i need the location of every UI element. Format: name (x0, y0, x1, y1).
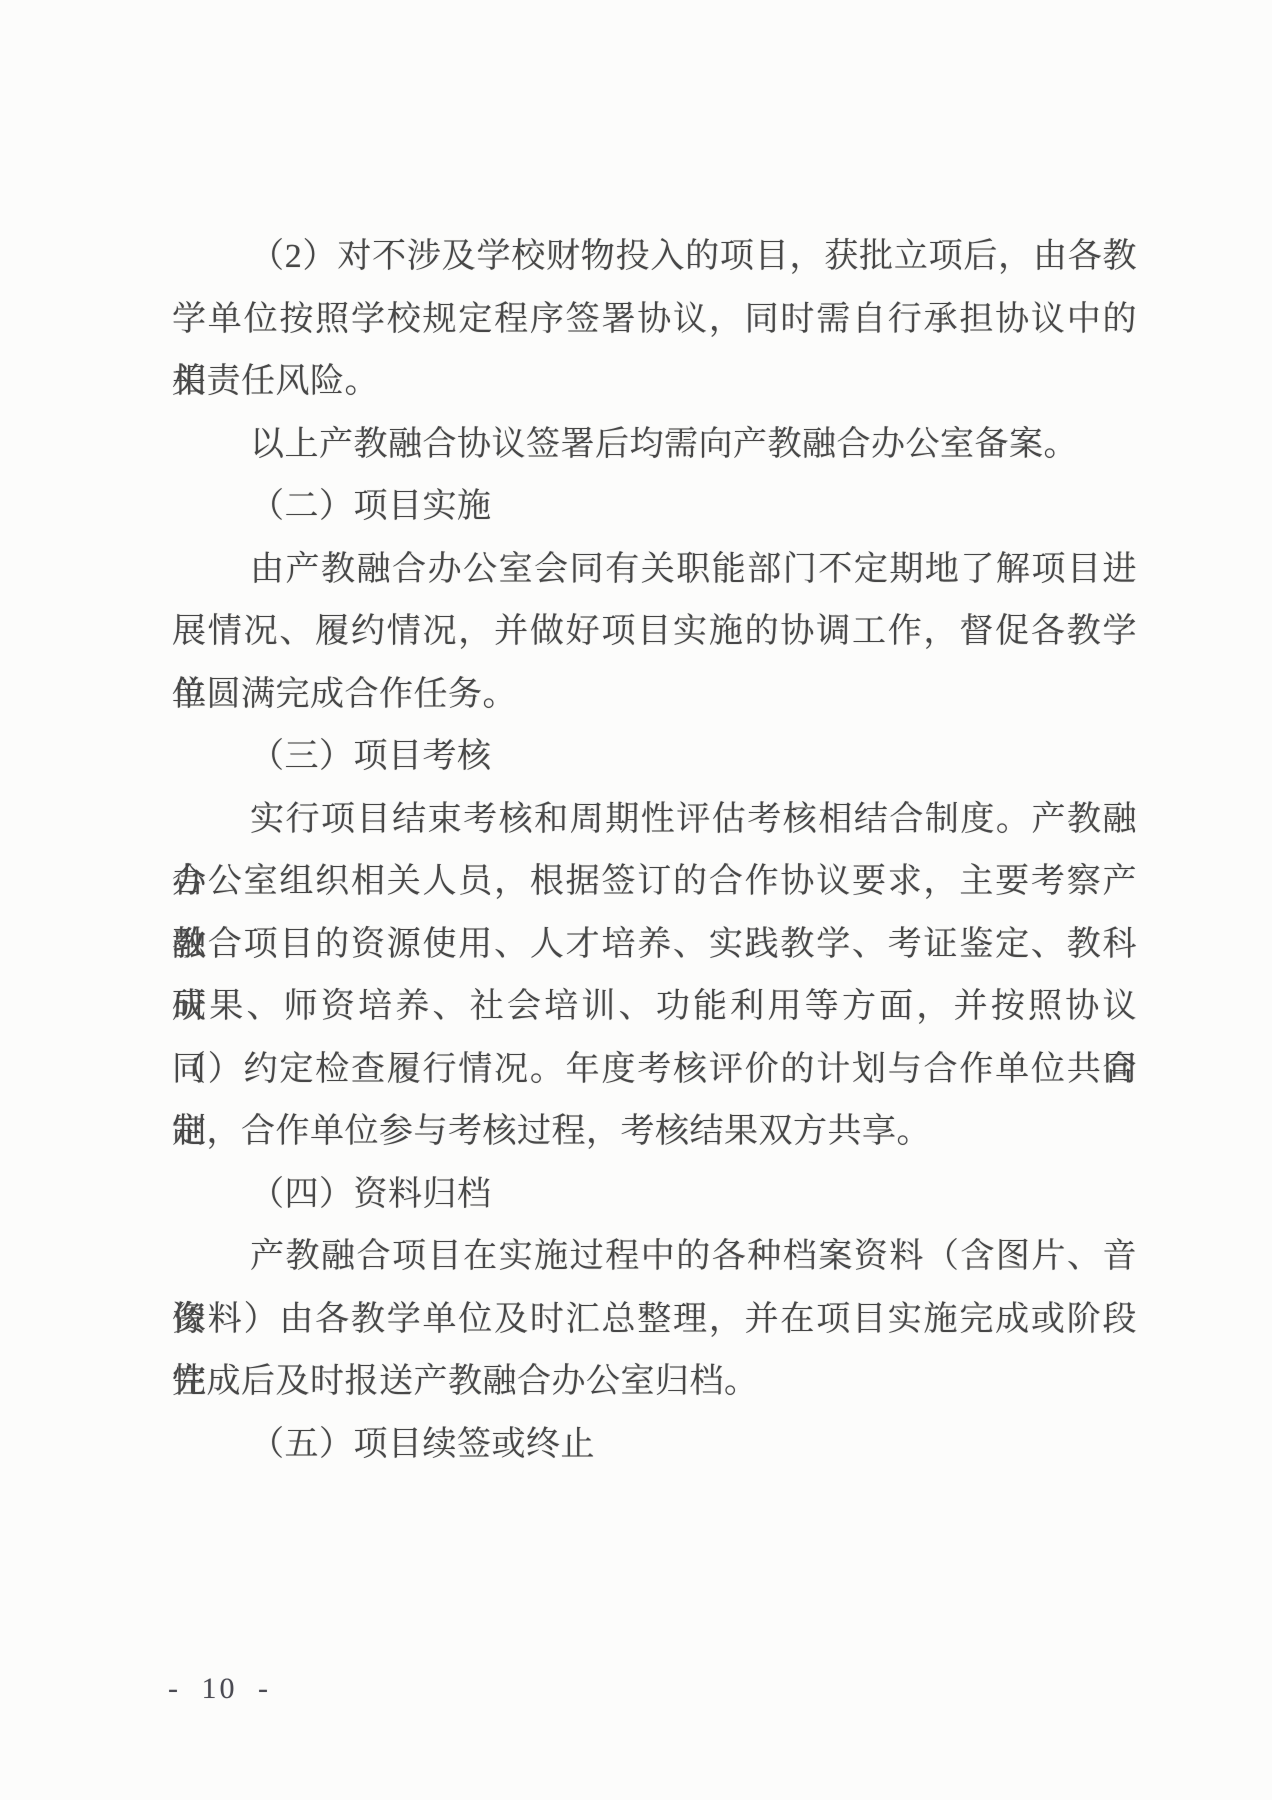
text-line: （2）对不涉及学校财物投入的项目，获批立项后，由各教 (172, 226, 1137, 289)
text-line: 展情况、履约情况，并做好项目实施的协调工作，督促各教学单 (172, 601, 1137, 664)
text-line: 产教融合项目在实施过程中的各种档案资料（含图片、音像 (172, 1226, 1137, 1289)
text-line: 由产教融合办公室会同有关职能部门不定期地了解项目进 (172, 539, 1137, 602)
section-heading-line: （三）项目考核 (172, 726, 1137, 789)
text-line: 位圆满完成合作任务。 (172, 664, 1137, 727)
text-line: 学单位按照学校规定程序签署协议，同时需自行承担协议中的相 (172, 289, 1137, 352)
section-heading-line: （四）资料归档 (172, 1164, 1137, 1227)
text-line: 关责任风险。 (172, 351, 1137, 414)
text-line: 成果、师资培养、社会培训、功能利用等方面，并按照协议（合 (172, 976, 1137, 1039)
page-number: - 10 - (168, 1672, 271, 1706)
text-line: 办公室组织相关人员，根据签订的合作协议要求，主要考察产教 (172, 851, 1137, 914)
section-heading-line: （五）项目续签或终止 (172, 1414, 1137, 1477)
text-line: 资料）由各教学单位及时汇总整理，并在项目实施完成或阶段性 (172, 1289, 1137, 1352)
text-line: 同）约定检查履行情况。年度考核评价的计划与合作单位共同制 (172, 1039, 1137, 1102)
document-body: （2）对不涉及学校财物投入的项目，获批立项后，由各教 学单位按照学校规定程序签署… (172, 226, 1137, 1476)
text-line: 实行项目结束考核和周期性评估考核相结合制度。产教融合 (172, 789, 1137, 852)
text-line: 以上产教融合协议签署后均需向产教融合办公室备案。 (172, 414, 1137, 477)
text-line: 定，合作单位参与考核过程，考核结果双方共享。 (172, 1101, 1137, 1164)
text-line: 融合项目的资源使用、人才培养、实践教学、考证鉴定、教科研 (172, 914, 1137, 977)
document-page: （2）对不涉及学校财物投入的项目，获批立项后，由各教 学单位按照学校规定程序签署… (0, 0, 1272, 1800)
text-line: 完成后及时报送产教融合办公室归档。 (172, 1351, 1137, 1414)
section-heading-line: （二）项目实施 (172, 476, 1137, 539)
